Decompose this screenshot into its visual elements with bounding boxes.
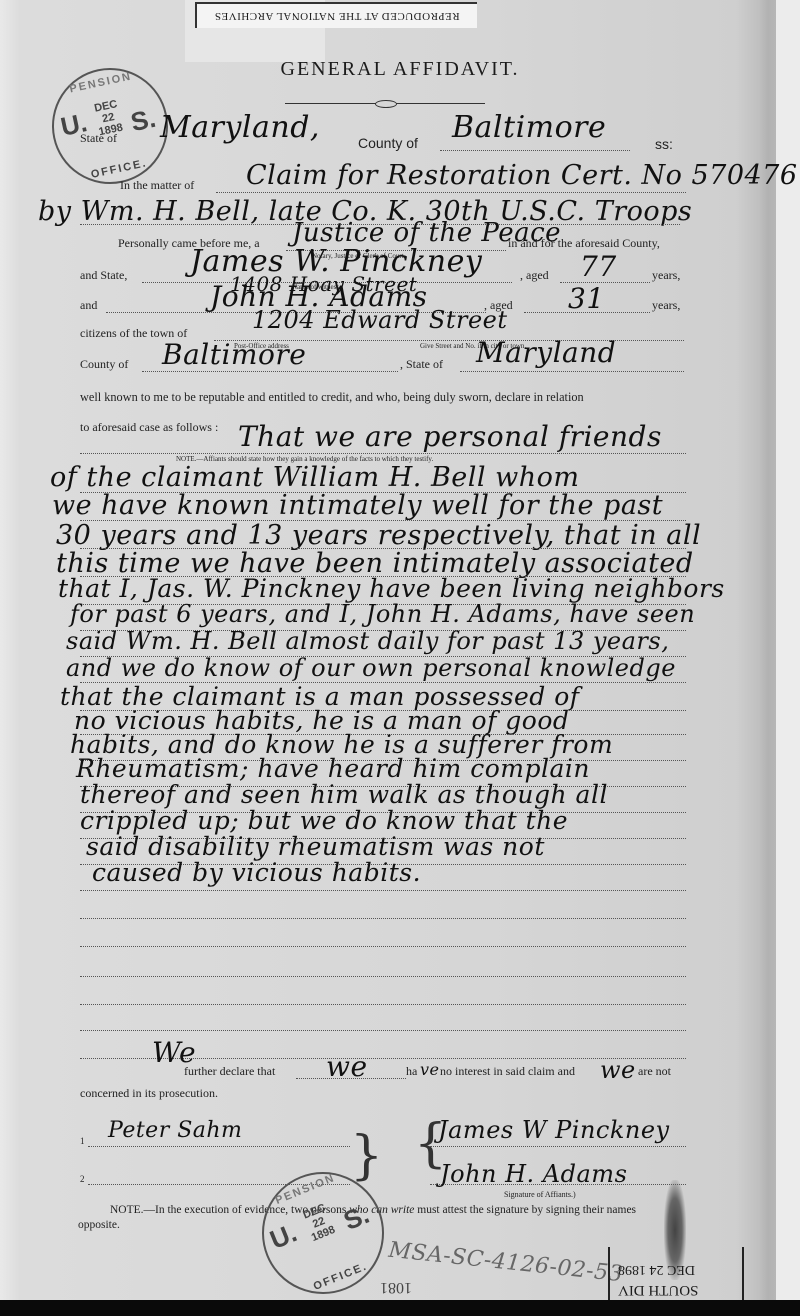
matter-label: In the matter of [120,178,194,193]
affiant1-aged-label: , aged [520,268,549,283]
statement-line: that I, Jas. W. Pinckney have been livin… [58,574,725,603]
affiant1-age: 77 [580,250,617,283]
and-label: and [80,298,97,313]
statement-line: thereof and seen him walk as though all [80,780,608,809]
witness-number-2: 2 [80,1174,85,1184]
declaration-text-4: are not [638,1064,671,1079]
affiant-signature-caption: Signature of Affiants.) [504,1190,576,1199]
affiant2-age: 31 [568,282,605,315]
statement-line: of the claimant William H. Bell whom [50,462,579,493]
statement-line: for past 6 years, and I, John H. Adams, … [70,600,695,628]
statement-line: caused by vicious habits. [92,858,421,887]
declaration-text-1: further declare that [184,1064,275,1079]
declaration-we-value-2: we [600,1056,636,1084]
county-label: County of [358,135,418,151]
title-ornament [285,100,485,106]
witness-number-1: 1 [80,1136,85,1146]
intro-line-1: well known to me to be reputable and ent… [80,390,584,405]
scan-border [0,1300,800,1316]
matter-claim: Claim for Restoration Cert. No 570476 [246,160,798,191]
statement-line: said Wm. H. Bell almost daily for past 1… [66,627,669,655]
declaration-text-3: no interest in said claim and [440,1064,575,1079]
and-state-label: and State, [80,268,127,283]
statement-line: 30 years and 13 years respectively, that… [56,520,701,551]
witness-1-signature: Peter Sahm [108,1118,242,1143]
declaration-line-2: concerned in its prosecution. [80,1086,218,1101]
state-value-2: Maryland [476,336,616,369]
statement-line: crippled up; but we do know that the [80,806,568,835]
statement-line: That we are personal friends [238,420,662,453]
affiant2-address: 1204 Edward Street [252,306,508,334]
state-label-2: , State of [400,357,443,372]
affiant1-years-label: years, [652,268,680,283]
execution-note-line-2: opposite. [78,1219,120,1231]
declaration-we-value: we [326,1050,368,1083]
ss-label: ss: [655,136,673,152]
page-margin-strip [776,0,800,1300]
county-label-2: County of [80,357,128,372]
affiant2-years-label: years, [652,298,680,313]
county-value-2: Baltimore [162,338,306,371]
officer-label-after: in and for the aforesaid County, [508,236,660,251]
state-label: State of [80,131,117,146]
state-value: Maryland, [160,110,320,145]
declaration-text-2: ha [406,1064,417,1079]
affiant-1-signature: James W Pinckney [438,1116,670,1144]
statement-line: we have known intimately well for the pa… [52,490,663,521]
statement-line: Rheumatism; have heard him complain [76,754,590,783]
archive-label: REPRODUCED AT THE NATIONAL ARCHIVES [195,2,477,28]
intro-line-2: to aforesaid case as follows : [80,420,218,435]
statement-line: and we do know of our own personal knowl… [66,654,676,682]
county-value: Baltimore [452,110,606,145]
received-stamp: DEC 24 1898 SOUTH DIV [608,1247,744,1300]
file-number: 1081 [380,1278,412,1296]
statement-line: said disability rheumatism was not [86,832,545,861]
page-edge-shadow [760,0,776,1300]
affiant-2-signature: John H. Adams [440,1160,627,1188]
declaration-have-suffix: ve [420,1060,440,1079]
